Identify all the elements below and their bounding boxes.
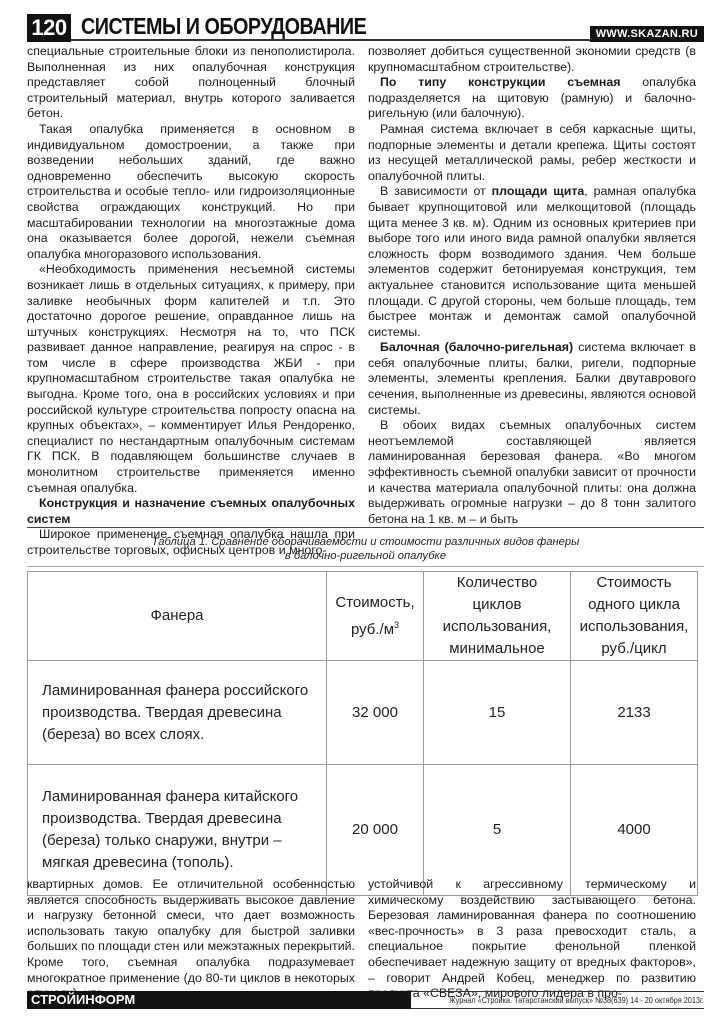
issue-info: Журнал «Стройка. Татарстанский выпуск» №… bbox=[449, 994, 704, 1006]
footer-divider bbox=[411, 1008, 704, 1009]
table-header-row: Фанера Стоимость, руб./м3 Количество цик… bbox=[28, 572, 698, 661]
header-divider bbox=[71, 39, 633, 41]
paragraph: специальные строительные блоки из пенопо… bbox=[27, 44, 355, 122]
table-row: Ламинированная фанера российского произв… bbox=[28, 661, 698, 765]
bold-term: площади щита bbox=[492, 184, 585, 198]
paragraph: позволяет добиться существенной экономии… bbox=[368, 44, 696, 75]
footer-brand: СТРОЙИНФОРМ bbox=[27, 991, 411, 1009]
article-column-left-bottom: квартирных домов. Ее отличительной особе… bbox=[27, 877, 355, 1002]
section-title: СИСТЕМЫ И ОБОРУДОВАНИЕ bbox=[81, 12, 366, 40]
paragraph: В зависимости от площади щита, рамная оп… bbox=[368, 184, 696, 340]
column-header-cycles: Количество циклов использования, минимал… bbox=[424, 572, 571, 661]
table-caption-divider bbox=[27, 566, 704, 567]
paragraph-quote: «Необходимость применения несъемной сист… bbox=[27, 262, 355, 496]
table-row: Ламинированная фанера китайского произво… bbox=[28, 765, 698, 896]
article-column-right-top: позволяет добиться существенной экономии… bbox=[368, 44, 696, 527]
paragraph: В обоих видах съемных опалубочных систем… bbox=[368, 418, 696, 527]
table-top-divider bbox=[27, 527, 704, 528]
paragraph: Такая опалубка применяется в основном в … bbox=[27, 122, 355, 262]
cell-cost-per-m3: 32 000 bbox=[327, 661, 424, 765]
paragraph: устойчивой к агрессивному термическому и… bbox=[368, 877, 696, 1002]
bold-term: Балочная (балочно-ригельная) bbox=[380, 340, 573, 354]
article-column-left-top: специальные строительные блоки из пенопо… bbox=[27, 44, 355, 559]
paragraph: Рамная система включает в себя каркасные… bbox=[368, 122, 696, 184]
page-footer: СТРОЙИНФОРМ Журнал «Стройка. Татарстанск… bbox=[27, 991, 704, 1009]
paragraph: квартирных домов. Ее отличительной особе… bbox=[27, 877, 355, 1002]
paragraph: Балочная (балочно-ригельная) система вкл… bbox=[368, 340, 696, 418]
plywood-comparison-table: Фанера Стоимость, руб./м3 Количество цик… bbox=[27, 571, 698, 896]
page-header: 120 СИСТЕМЫ И ОБОРУДОВАНИЕ WWW.SKAZAN.RU bbox=[27, 14, 704, 42]
site-url-link[interactable]: WWW.SKAZAN.RU bbox=[590, 26, 704, 42]
page-number: 120 bbox=[27, 14, 71, 42]
paragraph: По типу конструкции съемная опалубка под… bbox=[368, 75, 696, 122]
cell-cost-per-cycle: 4000 bbox=[571, 765, 698, 896]
magazine-page: 120 СИСТЕМЫ И ОБОРУДОВАНИЕ WWW.SKAZAN.RU… bbox=[0, 0, 725, 1024]
cell-plywood: Ламинированная фанера российского произв… bbox=[28, 661, 327, 765]
footer-divider bbox=[411, 991, 704, 992]
column-header-cost-per-m3: Стоимость, руб./м3 bbox=[327, 572, 424, 661]
cell-cost-per-cycle: 2133 bbox=[571, 661, 698, 765]
bold-term: По типу конструкции съемная bbox=[380, 75, 620, 89]
subheading: Конструкция и назначение съемных опалубо… bbox=[27, 496, 355, 527]
article-column-right-bottom: устойчивой к агрессивному термическому и… bbox=[368, 877, 696, 1002]
column-header-plywood: Фанера bbox=[28, 572, 327, 661]
table-caption: Таблица 1. Сравнение оборачиваемости и с… bbox=[27, 535, 704, 563]
cell-cycles: 5 bbox=[424, 765, 571, 896]
cell-cycles: 15 bbox=[424, 661, 571, 765]
cell-plywood: Ламинированная фанера китайского произво… bbox=[28, 765, 327, 896]
column-header-cost-per-cycle: Стоимость одного цикла использования, ру… bbox=[571, 572, 698, 661]
cell-cost-per-m3: 20 000 bbox=[327, 765, 424, 896]
